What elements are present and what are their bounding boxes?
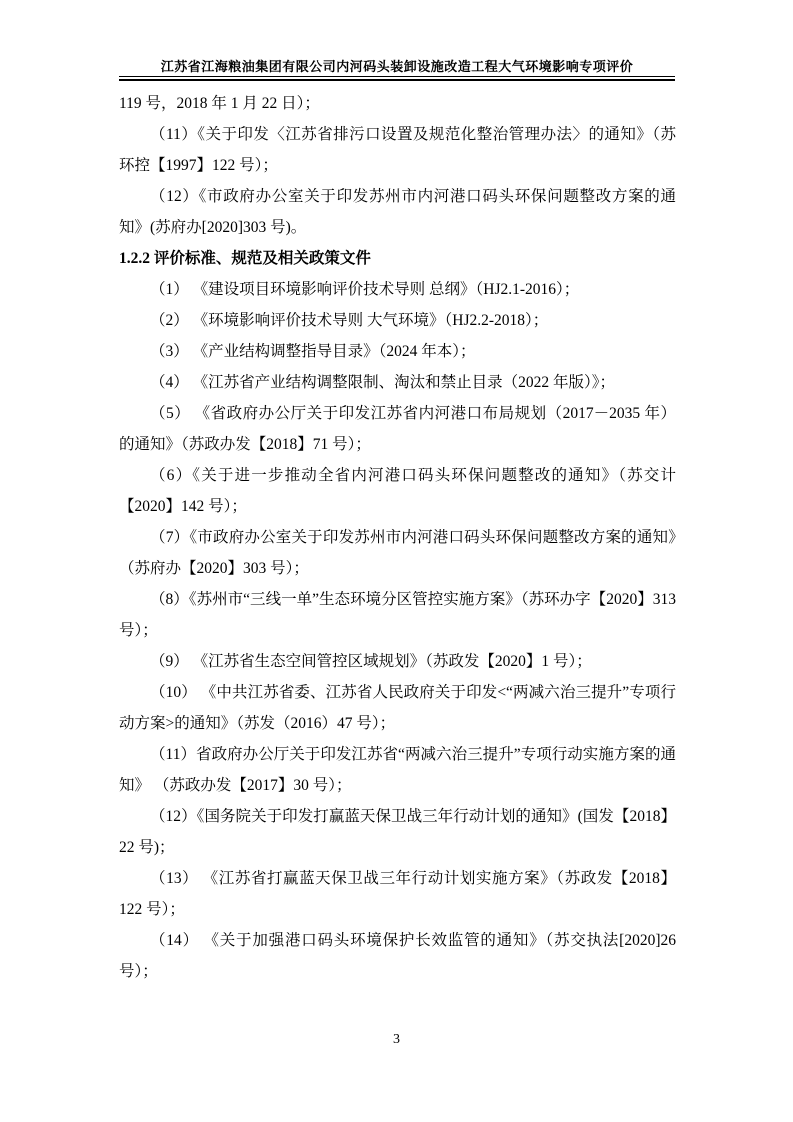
paragraph: （12）《国务院关于印发打赢蓝天保卫战三年行动计划的通知》(国发【2018】22… [119,801,676,863]
header-rule [119,76,675,81]
section-heading: 1.2.2 评价标准、规范及相关政策文件 [119,243,676,274]
paragraph: （10） 《中共江苏省委、江苏省人民政府关于印发<“两减六治三提升”专项行动方案… [119,677,676,739]
paragraph: （13） 《江苏省打赢蓝天保卫战三年行动计划实施方案》（苏政发【2018】122… [119,863,676,925]
page-number: 3 [0,1031,793,1049]
document-page: 江苏省江海粮油集团有限公司内河码头装卸设施改造工程大气环境影响专项评价 119 … [0,0,793,1122]
document-body: 119 号，2018 年 1 月 22 日）；（11）《关于印发〈江苏省排污口设… [119,88,676,987]
paragraph: （14） 《关于加强港口码头环境保护长效监管的通知》（苏交执法[2020]26 … [119,925,676,987]
paragraph: （11）省政府办公厅关于印发江苏省“两减六治三提升”专项行动实施方案的通知》 （… [119,739,676,801]
paragraph: 119 号，2018 年 1 月 22 日）； [119,88,676,119]
page-header-title: 江苏省江海粮油集团有限公司内河码头装卸设施改造工程大气环境影响专项评价 [119,56,675,75]
paragraph: （8）《苏州市“三线一单”生态环境分区管控实施方案》（苏环办字【2020】313… [119,584,676,646]
paragraph: （4） 《江苏省产业结构调整限制、淘汰和禁止目录（2022 年版）》； [119,367,676,398]
paragraph: （7）《市政府办公室关于印发苏州市内河港口码头环保问题整改方案的通知》（苏府办【… [119,522,676,584]
paragraph: （3） 《产业结构调整指导目录》（2024 年本）； [119,336,676,367]
paragraph: （2） 《环境影响评价技术导则 大气环境》（HJ2.2-2018）； [119,305,676,336]
paragraph: （12）《市政府办公室关于印发苏州市内河港口码头环保问题整改方案的通知》(苏府办… [119,181,676,243]
paragraph: （6）《关于进一步推动全省内河港口码头环保问题整改的通知》（苏交计【2020】1… [119,460,676,522]
paragraph: （9） 《江苏省生态空间管控区域规划》（苏政发【2020】1 号）； [119,646,676,677]
paragraph: （1） 《建设项目环境影响评价技术导则 总纲》（HJ2.1-2016）； [119,274,676,305]
paragraph: （5） 《省政府办公厅关于印发江苏省内河港口布局规划（2017－2035 年）的… [119,398,676,460]
paragraph: （11）《关于印发〈江苏省排污口设置及规范化整治管理办法〉的通知》（苏环控【19… [119,119,676,181]
